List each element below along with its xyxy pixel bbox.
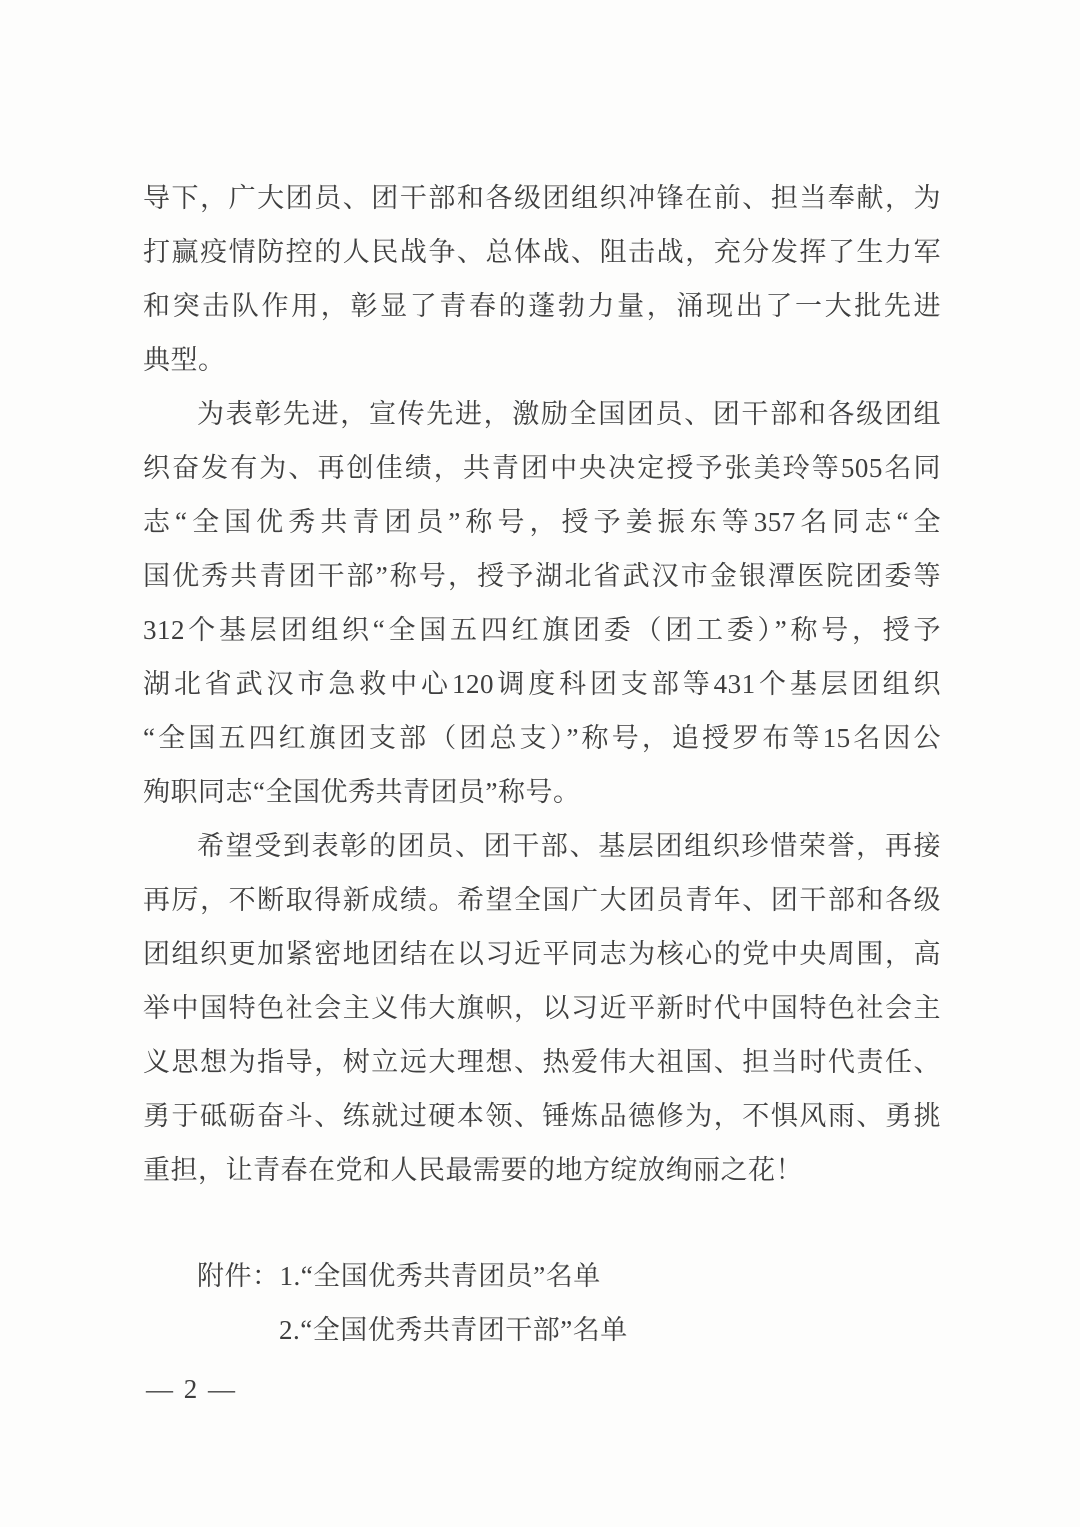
- text-line: 志“全国优秀共青团员”称号，授予姜振东等357名同志“全: [143, 495, 941, 549]
- text-line: 导下，广大团员、团干部和各级团组织冲锋在前、担当奉献，为: [143, 171, 941, 225]
- text-line: 义思想为指导，树立远大理想、热爱伟大祖国、担当时代责任、: [143, 1035, 941, 1089]
- text-line: 312个基层团组织“全国五四红旗团委（团工委）”称号，授予: [143, 603, 941, 657]
- text-line: 希望受到表彰的团员、团干部、基层团组织珍惜荣誉，再接: [143, 819, 941, 873]
- text-line: 举中国特色社会主义伟大旗帜，以习近平新时代中国特色社会主: [143, 981, 941, 1035]
- text-line: 团组织更加紧密地团结在以习近平同志为核心的党中央周围，高: [143, 927, 941, 981]
- document-page: 导下，广大团员、团干部和各级团组织冲锋在前、担当奉献，为 打赢疫情防控的人民战争…: [0, 0, 1080, 1527]
- text-line: 湖北省武汉市急救中心120调度科团支部等431个基层团组织: [143, 657, 941, 711]
- attachments-label: 附件：: [197, 1261, 280, 1291]
- text-line: 殉职同志“全国优秀共青团员”称号。: [143, 765, 941, 819]
- attachment-line: 附件：1.“全国优秀共青团员”名单: [143, 1249, 941, 1303]
- text-line: 和突击队作用，彰显了青春的蓬勃力量，涌现出了一大批先进: [143, 279, 941, 333]
- text-line: “全国五四红旗团支部（团总支）”称号，追授罗布等15名因公: [143, 711, 941, 765]
- text-line: 为表彰先进，宣传先进，激励全国团员、团干部和各级团组: [143, 387, 941, 441]
- page-number: — 2 —: [146, 1362, 237, 1416]
- text-line: 勇于砥砺奋斗、练就过硬本领、锤炼品德修为，不惧风雨、勇挑: [143, 1089, 941, 1143]
- text-line: 典型。: [143, 333, 941, 387]
- text-line: 重担，让青春在党和人民最需要的地方绽放绚丽之花！: [143, 1143, 941, 1197]
- attachment-item-2: 2.“全国优秀共青团干部”名单: [279, 1315, 628, 1345]
- body-text: 导下，广大团员、团干部和各级团组织冲锋在前、担当奉献，为 打赢疫情防控的人民战争…: [143, 171, 941, 1197]
- attachment-item-1: 1.“全国优秀共青团员”名单: [280, 1261, 601, 1291]
- text-line: 织奋发有为、再创佳绩，共青团中央决定授予张美玲等505名同: [143, 441, 941, 495]
- text-line: 再厉，不断取得新成绩。希望全国广大团员青年、团干部和各级: [143, 873, 941, 927]
- text-line: 打赢疫情防控的人民战争、总体战、阻击战，充分发挥了生力军: [143, 225, 941, 279]
- text-line: 国优秀共青团干部”称号，授予湖北省武汉市金银潭医院团委等: [143, 549, 941, 603]
- attachment-line: 2.“全国优秀共青团干部”名单: [143, 1303, 941, 1357]
- attachments-block: 附件：1.“全国优秀共青团员”名单 2.“全国优秀共青团干部”名单: [143, 1249, 941, 1357]
